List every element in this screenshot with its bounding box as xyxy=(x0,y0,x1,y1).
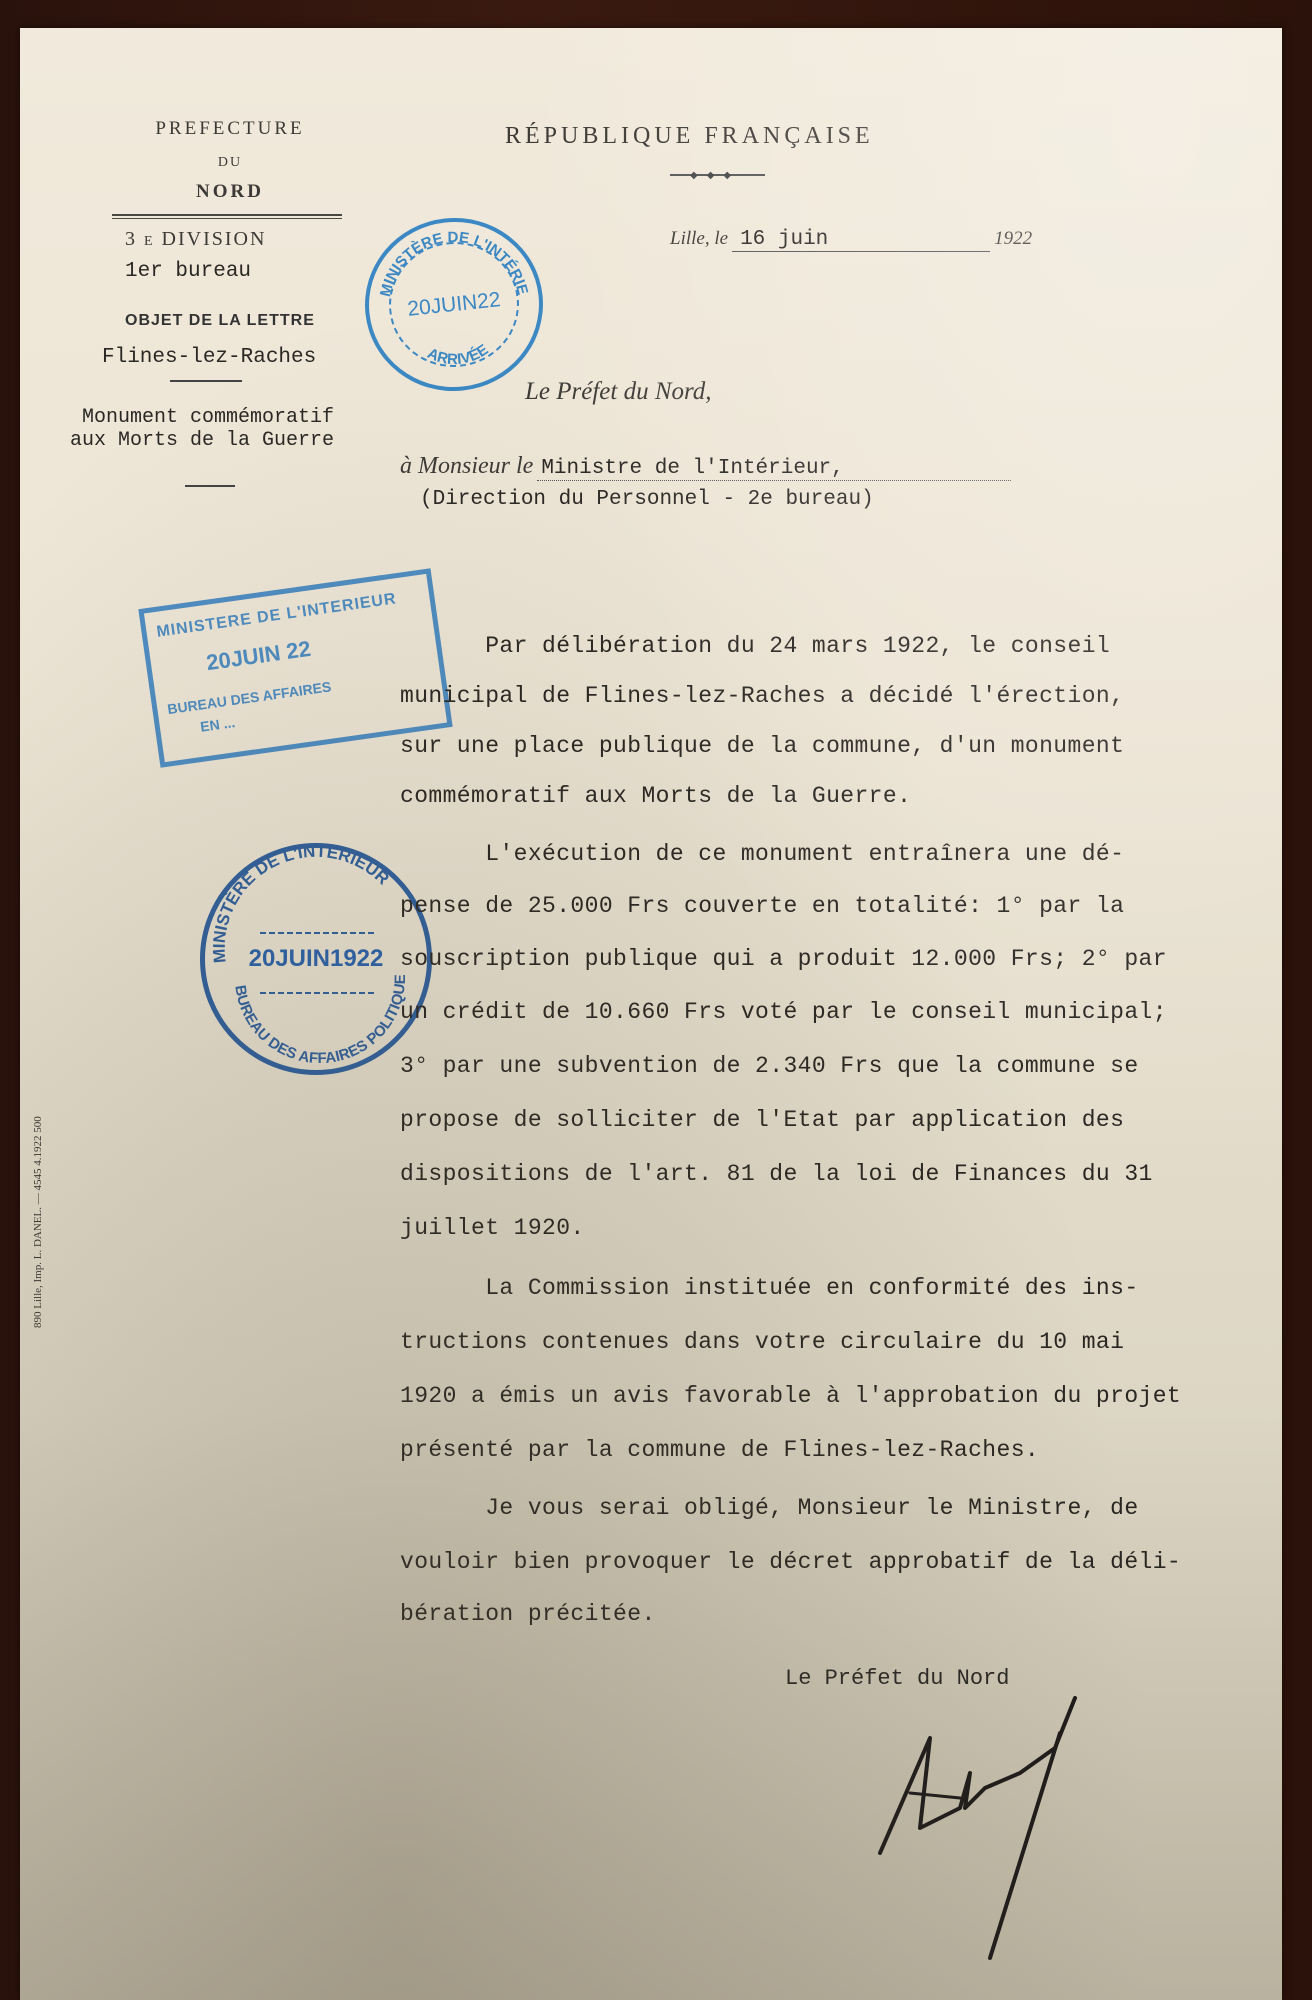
paragraph-3-line-2: tructions contenues dans votre circulair… xyxy=(400,1329,1124,1355)
recipient-line: à Monsieur le Ministre de l'Intérieur, xyxy=(400,453,1120,481)
paragraph-2-line-2: pense de 25.000 Frs couverte en totalité… xyxy=(400,893,1124,919)
ornament-diamonds: ◆◆◆ xyxy=(690,170,810,181)
paragraph-4-line-3: bération précitée. xyxy=(400,1601,656,1627)
objet-label: OBJET DE LA LETTRE xyxy=(125,312,315,330)
paragraph-2-line-1: L'exécution de ce monument entraînera un… xyxy=(400,841,1124,867)
political-stamp-date: 20JUIN1922 xyxy=(249,945,384,973)
division-label: 3 e DIVISION xyxy=(125,228,266,251)
subject-line-2: aux Morts de la Guerre xyxy=(54,429,334,452)
rect-stamp-date: 20JUIN 22 xyxy=(205,636,313,676)
political-affairs-stamp: MINISTÈRE DE L'INTÉRIEUR BUREAU DES AFFA… xyxy=(200,843,432,1075)
sender-line: Le Préfet du Nord, xyxy=(525,378,712,406)
du-label: DU xyxy=(110,155,350,171)
subject-line-1: Monument commémoratif xyxy=(54,406,334,429)
recipient-department: (Direction du Personnel - 2e bureau) xyxy=(420,488,874,511)
paragraph-2-line-5: 3° par une subvention de 2.340 Frs que l… xyxy=(400,1053,1139,1079)
rect-stamp-line1: MINISTERE DE L'INTERIEUR xyxy=(156,590,398,642)
letterhead-divider xyxy=(112,214,342,219)
letter-page: PREFECTURE DU NORD 3 e DIVISION 1er bure… xyxy=(20,28,1282,2000)
paragraph-3-line-1: La Commission instituée en conformité de… xyxy=(400,1275,1139,1301)
paragraph-4-line-2: vouloir bien provoquer le décret approba… xyxy=(400,1549,1181,1575)
printer-mark: 890 Lille, Imp. L. DANEL. — 4545 4.1922 … xyxy=(32,1116,44,1328)
place-prefix: Lille, le xyxy=(670,228,728,249)
paragraph-2-line-8: juillet 1920. xyxy=(400,1215,585,1241)
recipient-name: Ministre de l'Intérieur, xyxy=(537,457,1011,481)
date-line: Lille, le 16 juin 1922 xyxy=(670,228,1090,258)
short-divider xyxy=(170,380,242,382)
paragraph-1-line-2: municipal de Flines-lez-Raches a décidé … xyxy=(400,683,1124,709)
recipient-prefix: à Monsieur le xyxy=(400,453,533,479)
republic-title: RÉPUBLIQUE FRANÇAISE xyxy=(505,123,874,150)
paragraph-2-line-3: souscription publique qui a produit 12.0… xyxy=(400,946,1167,972)
paragraph-4-line-1: Je vous serai obligé, Monsieur le Minist… xyxy=(400,1495,1139,1521)
handwritten-signature-icon xyxy=(860,1678,1120,1978)
short-divider-2 xyxy=(185,485,235,487)
commune-label: Flines-lez-Raches xyxy=(102,346,316,369)
arrival-stamp: MINISTÈRE DE L'INTÉRIEUR ARRIVÉE 20JUIN2… xyxy=(356,209,551,400)
paragraph-1-line-3: sur une place publique de la commune, d'… xyxy=(400,733,1124,759)
subject-block: Monument commémoratif aux Morts de la Gu… xyxy=(54,406,334,452)
rect-stamp-line3: BUREAU DES AFFAIRES xyxy=(166,678,332,717)
rect-stamp-line4: EN ... xyxy=(199,714,236,735)
paragraph-1-line-4: commémoratif aux Morts de la Guerre. xyxy=(400,783,911,809)
bureau-label: 1er bureau xyxy=(125,260,251,283)
prefecture-label: PREFECTURE xyxy=(110,118,350,140)
paragraph-3-line-4: présenté par la commune de Flines-lez-Ra… xyxy=(400,1437,1039,1463)
paragraph-1-line-1: Par délibération du 24 mars 1922, le con… xyxy=(400,633,1110,659)
paragraph-2-line-4: un crédit de 10.660 Frs voté par le cons… xyxy=(400,999,1167,1025)
nord-label: NORD xyxy=(110,181,350,203)
paragraph-3-line-3: 1920 a émis un avis favorable à l'approb… xyxy=(400,1383,1181,1409)
paragraph-2-line-7: dispositions de l'art. 81 de la loi de F… xyxy=(400,1161,1153,1187)
date-year: 1922 xyxy=(994,228,1032,249)
paragraph-2-line-6: propose de solliciter de l'Etat par appl… xyxy=(400,1107,1124,1133)
date-typed: 16 juin xyxy=(732,228,990,252)
svg-text:ARRIVÉE: ARRIVÉE xyxy=(423,339,492,372)
